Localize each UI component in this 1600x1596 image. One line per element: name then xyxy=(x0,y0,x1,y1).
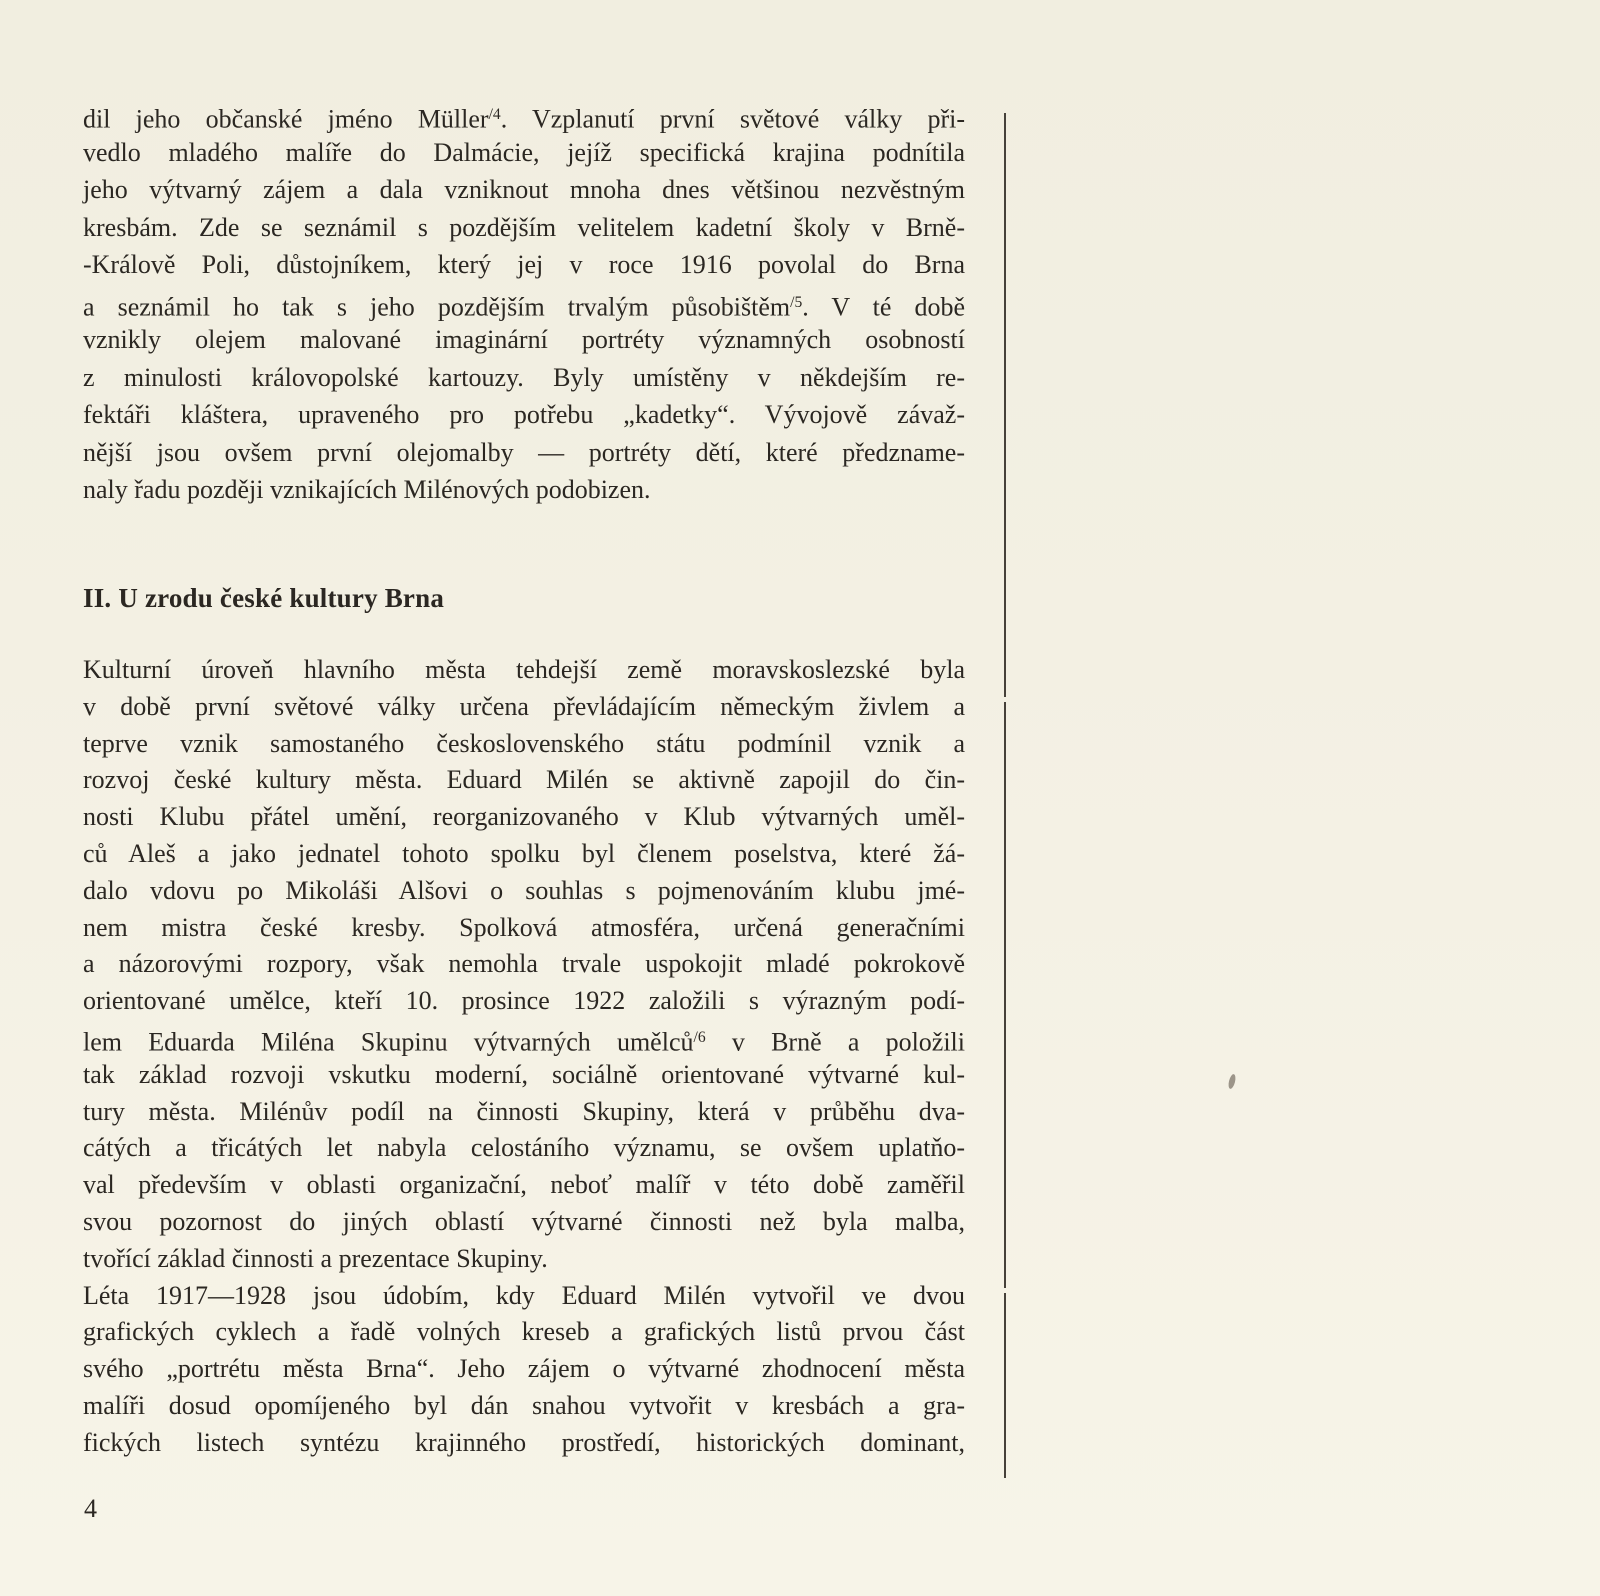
gutter-rule-middle xyxy=(1004,702,1006,1288)
gutter-rule-bottom xyxy=(1004,1293,1006,1478)
book-page: dil jeho občanské jméno Müller/4. Vzplan… xyxy=(0,0,1600,1596)
text-line: jeho výtvarný zájem a dala vzniknout mno… xyxy=(83,171,965,209)
text-line: teprve vznik samostaného československéh… xyxy=(83,726,965,763)
footnote-reference: /4 xyxy=(489,106,501,123)
text-line: grafických cyklech a řadě volných kreseb… xyxy=(83,1314,965,1351)
text-line: ců Aleš a jako jednatel tohoto spolku by… xyxy=(83,836,965,873)
text-line: tury města. Milénův podíl na činnosti Sk… xyxy=(83,1094,965,1131)
footnote-reference: /6 xyxy=(694,1029,706,1046)
text-line: a názorovými rozpory, však nemohla trval… xyxy=(83,946,965,983)
text-line: tvořící základ činnosti a prezentace Sku… xyxy=(83,1241,965,1278)
footnote-reference: /5 xyxy=(790,294,802,311)
text-line: cátých a třicátých let nabyla celostáníh… xyxy=(83,1130,965,1167)
paper-speck xyxy=(1227,1073,1236,1089)
text-line: Kulturní úroveň hlavního města tehdejší … xyxy=(83,652,965,689)
text-line: tak základ rozvoji vskutku moderní, soci… xyxy=(83,1057,965,1094)
text-line: fických listech syntézu krajinného prost… xyxy=(83,1425,965,1462)
text-line: a seznámil ho tak s jeho pozdějším trval… xyxy=(83,284,965,322)
text-line: naly řadu později vznikajících Milénovýc… xyxy=(83,471,965,509)
text-line: malíři dosud opomíjeného byl dán snahou … xyxy=(83,1388,965,1425)
text-line: z minulosti královopolské kartouzy. Byly… xyxy=(83,359,965,397)
text-line: kresbám. Zde se seznámil s pozdějším vel… xyxy=(83,209,965,247)
text-line: svého „portrétu města Brna“. Jeho zájem … xyxy=(83,1351,965,1388)
gutter-rule-top xyxy=(1004,113,1006,697)
text-line: svou pozornost do jiných oblastí výtvarn… xyxy=(83,1204,965,1241)
section-heading: II. U zrodu české kultury Brna xyxy=(83,583,444,614)
text-line: nosti Klubu přátel umění, reorganizované… xyxy=(83,799,965,836)
text-line: -Králově Poli, důstojníkem, který jej v … xyxy=(83,246,965,284)
page-number: 4 xyxy=(84,1494,97,1524)
text-line: Léta 1917—1928 jsou údobím, kdy Eduard M… xyxy=(83,1278,965,1315)
text-line: dil jeho občanské jméno Müller/4. Vzplan… xyxy=(83,96,965,134)
text-line: fektáři kláštera, upraveného pro potřebu… xyxy=(83,396,965,434)
text-line: rozvoj české kultury města. Eduard Milén… xyxy=(83,762,965,799)
text-line: dalo vdovu po Mikoláši Alšovi o souhlas … xyxy=(83,873,965,910)
text-line: vznikly olejem malované imaginární portr… xyxy=(83,321,965,359)
text-line: nem mistra české kresby. Spolková atmosf… xyxy=(83,910,965,947)
text-line: vedlo mladého malíře do Dalmácie, jejíž … xyxy=(83,134,965,172)
text-line: orientované umělce, kteří 10. prosince 1… xyxy=(83,983,965,1020)
paragraph-intro: dil jeho občanské jméno Müller/4. Vzplan… xyxy=(83,96,965,509)
paragraph-body: Kulturní úroveň hlavního města tehdejší … xyxy=(83,652,965,1462)
text-line: lem Eduarda Miléna Skupinu výtvarných um… xyxy=(83,1020,965,1057)
text-line: nější jsou ovšem první olejomalby — port… xyxy=(83,434,965,472)
text-line: v době první světové války určena převlá… xyxy=(83,689,965,726)
text-line: val především v oblasti organizační, neb… xyxy=(83,1167,965,1204)
